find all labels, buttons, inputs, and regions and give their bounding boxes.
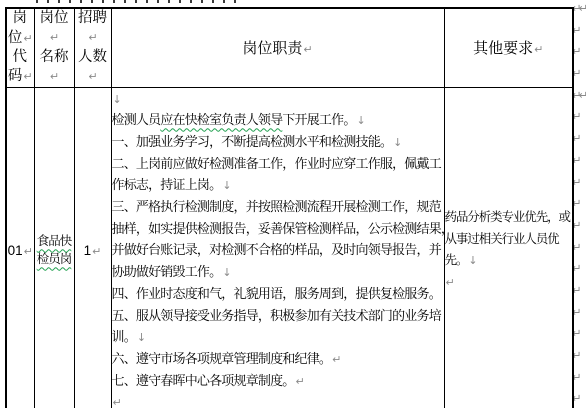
header-line: 岗位↵ — [35, 9, 74, 48]
paragraph-mark-icon: ↵ — [572, 346, 586, 368]
requirement-text: 先。 — [445, 253, 468, 267]
paragraph-mark-icon: ↵ — [572, 389, 586, 408]
paragraph-mark-icon: ↵ — [572, 173, 586, 195]
line-break-mark-icon: ↓ — [392, 136, 402, 149]
header-cell-job-duties[interactable]: 岗位职责↵ — [111, 8, 444, 87]
header-text: 码 — [8, 68, 23, 84]
paragraph-mark-icon: ↵ — [87, 31, 97, 44]
duty-text: 五、服从领导接受业务指导，积极参加有关技术部门的业务培 — [112, 308, 441, 323]
paragraph-mark-icon: ↵ — [91, 245, 101, 258]
header-line: 代 — [7, 48, 34, 67]
line-break-mark-icon: ↓ — [136, 331, 146, 344]
line-break-mark-icon — [441, 201, 442, 214]
job-position-table: 岗 位↵ 代 码↵ 岗位↵ 名称↵ 招聘↵ — [5, 7, 574, 408]
duty-text: 抽样，如实提供检测报告，妥善保管检测样品，公示检测结果， — [112, 221, 445, 236]
duty-line: 五、服从领导接受业务指导，积极参加有关技术部门的业务培 — [112, 305, 444, 327]
line-break-mark-icon — [570, 211, 571, 224]
duty-text: 作标志，持证上岗。 — [112, 177, 222, 192]
header-text: 其他要求 — [473, 40, 533, 57]
paragraph-mark-icon: ↵ — [49, 70, 59, 83]
paragraph-mark-icon: ↵ — [572, 129, 586, 151]
requirement-line: 先。↓ — [445, 250, 573, 272]
header-line: 人数↵ — [75, 48, 111, 87]
header-line: 名称↵ — [35, 48, 74, 87]
table-data-row: 01↵ 食品快检员岗 1↵ ↓ 检测人员应在快检室负责人领导下开展工作。↓ 一、… — [6, 87, 573, 408]
duty-line: 三、严格执行检测制度，并按照检测流程开展检测工作，规范 — [112, 196, 444, 218]
duty-line: 作标志，持证上岗。↓ — [112, 174, 444, 196]
duty-line: 七、遵守春晖中心各项规章制度。↵ — [112, 370, 444, 392]
header-text: 招聘 — [78, 10, 107, 26]
paragraph-mark-icon: ↵ — [572, 259, 586, 281]
header-line: 码↵ — [7, 67, 34, 86]
line-break-mark-icon: ↵ — [445, 276, 455, 289]
line-break-mark-icon — [441, 310, 442, 323]
line-break-mark-icon: ↵ — [331, 353, 341, 366]
header-line: 招聘↵ — [75, 9, 111, 48]
line-break-mark-icon: ↵ — [295, 375, 305, 388]
header-cell-position-name[interactable]: 岗位↵ 名称↵ — [34, 8, 74, 87]
paragraph-mark-icon: ↵ — [572, 21, 586, 43]
line-break-mark-icon: ↓ — [356, 114, 366, 127]
paragraph-mark-icon: ↵ — [572, 194, 586, 216]
paragraph-mark-icon: ↵ — [572, 281, 586, 303]
paragraph-mark-icon: ↵ — [572, 42, 586, 64]
header-text: 岗位职责 — [242, 40, 302, 57]
header-cell-position-code[interactable]: 岗 位↵ 代 码↵ — [6, 8, 34, 87]
duty-text: 并做好台账记录，对检测不合格的样品，及时向领导报告，并 — [112, 242, 441, 257]
paragraph-mark-icon: ↵ — [572, 107, 586, 129]
requirement-text: 药品分析类专业优先，或 — [445, 210, 570, 224]
spellcheck-underlined-text: 应在快检室负责人领导 — [160, 112, 282, 127]
paragraph-mark-icon: ↵↵ — [572, 0, 586, 21]
duty-line: 二、上岗前应做好检测准备工作，作业时应穿工作服，佩戴工 — [112, 153, 444, 175]
line-break-mark-icon — [559, 233, 560, 246]
table-header-row: 岗 位↵ 代 码↵ 岗位↵ 名称↵ 招聘↵ — [6, 8, 573, 87]
paragraph-mark-icon: ↵ — [22, 32, 32, 45]
paragraph-mark-icon: ↵ — [533, 43, 543, 56]
paragraph-mark-icon: ↵ — [302, 43, 312, 56]
paragraph-mark-icon: ↵ — [23, 245, 33, 258]
header-text: 岗位 — [40, 10, 69, 26]
cell-position-name[interactable]: 食品快检员岗 — [34, 87, 74, 408]
paragraph-mark-icon: ↵ — [572, 216, 586, 238]
duty-text: 训。 — [112, 329, 136, 344]
duty-text: 七、遵守春晖中心各项规章制度。 — [112, 373, 295, 388]
paragraph-mark-icon: ↵ — [572, 368, 586, 390]
line-break-mark-icon: ↓ — [467, 254, 477, 267]
clipped-text-row — [36, 0, 236, 3]
paragraph-mark-icon — [27, 51, 28, 64]
line-break-mark-icon: ↓ — [221, 266, 231, 279]
line-break-mark-icon: ↓ — [221, 179, 231, 192]
header-line: 岗 — [7, 9, 34, 28]
duty-line: 抽样，如实提供检测报告，妥善保管检测样品，公示检测结果， — [112, 218, 444, 240]
header-line: 位↵ — [7, 29, 34, 48]
header-text: 人数 — [78, 49, 107, 65]
position-name: 食品快检员岗 — [37, 234, 72, 266]
paragraph-marks-column: ↵↵ ↵ ↵ ↵ ↵↵ ↵ ↵ ↵ ↵ ↵ ↵ ↵ ↵ ↵ ↵ ↵ — [572, 0, 586, 408]
cell-position-code[interactable]: 01↵ — [6, 87, 34, 408]
duty-line: ↓ — [112, 88, 444, 110]
recruit-count: 1 — [84, 243, 92, 258]
duty-text: 一、加强业务学习，不断提高检测水平和检测技能。 — [112, 134, 393, 149]
duty-text: 检测人员 — [112, 112, 161, 127]
requirement-line: ↵ — [445, 272, 573, 294]
duty-line: 一、加强业务学习，不断提高检测水平和检测技能。↓ — [112, 131, 444, 153]
duty-line: 训。↓ — [112, 326, 444, 348]
duty-text: 协助做好销毁工作。 — [112, 264, 222, 279]
header-text: 位 — [8, 30, 23, 46]
cell-other-requirements[interactable]: 药品分析类专业优先，或 从事过相关行业人员优 先。↓ ↵ — [444, 87, 573, 408]
paragraph-mark-icon: ↵↵ — [572, 86, 586, 108]
paragraph-mark-icon: ↵ — [572, 303, 586, 325]
duty-text: 六、遵守市场各项规章管理制度和纪律。 — [112, 351, 332, 366]
paragraph-mark-icon: ↵ — [22, 70, 32, 83]
duty-text: 四、作业时态度和气，礼貌用语，服务周到，提供复检服务。 — [112, 286, 441, 301]
paragraph-mark-icon — [27, 12, 28, 25]
duty-line: 协助做好销毁工作。↓ — [112, 261, 444, 283]
header-cell-recruit-count[interactable]: 招聘↵ 人数↵ — [74, 8, 111, 87]
paragraph-mark-icon: ↵ — [49, 31, 59, 44]
line-break-mark-icon — [441, 158, 442, 171]
requirement-line: 药品分析类专业优先，或 — [445, 207, 573, 229]
duty-line: 并做好台账记录，对检测不合格的样品，及时向领导报告，并 — [112, 239, 444, 261]
position-code: 01 — [8, 243, 23, 258]
line-break-mark-icon: ↵ — [112, 396, 122, 408]
paragraph-mark-icon: ↵ — [572, 324, 586, 346]
duty-text: 下开展工作。 — [282, 112, 355, 127]
duty-line: 四、作业时态度和气，礼貌用语，服务周到，提供复检服务。↓ — [112, 283, 444, 305]
duty-line: 检测人员应在快检室负责人领导下开展工作。↓ — [112, 109, 444, 131]
word-document-page: ↵↵ ↵ ↵ ↵ ↵↵ ↵ ↵ ↵ ↵ ↵ ↵ ↵ ↵ ↵ ↵ ↵ — [0, 0, 586, 408]
header-cell-other-requirements[interactable]: 其他要求↵ — [444, 8, 573, 87]
line-break-mark-icon: ↓ — [112, 93, 122, 106]
header-text: 岗 — [13, 10, 28, 26]
paragraph-mark-icon: ↵ — [572, 238, 586, 260]
requirement-text: 从事过相关行业人员优 — [445, 232, 559, 246]
requirement-line: 从事过相关行业人员优 — [445, 229, 573, 251]
duty-text: 三、严格执行检测制度，并按照检测流程开展检测工作，规范 — [112, 199, 441, 214]
cell-job-duties[interactable]: ↓ 检测人员应在快检室负责人领导下开展工作。↓ 一、加强业务学习，不断提高检测水… — [111, 87, 444, 408]
header-text: 名称 — [40, 49, 69, 65]
duty-line: 六、遵守市场各项规章管理制度和纪律。↵ — [112, 348, 444, 370]
paragraph-mark-icon: ↵ — [87, 70, 97, 83]
header-text: 代 — [13, 49, 28, 65]
duty-line: ↵ — [112, 391, 444, 408]
line-break-mark-icon — [441, 244, 442, 257]
duty-text: 二、上岗前应做好检测准备工作，作业时应穿工作服，佩戴工 — [112, 156, 441, 171]
cell-recruit-count[interactable]: 1↵ — [74, 87, 111, 408]
paragraph-mark-icon: ↵ — [572, 151, 586, 173]
paragraph-mark-icon: ↵ — [572, 64, 586, 86]
